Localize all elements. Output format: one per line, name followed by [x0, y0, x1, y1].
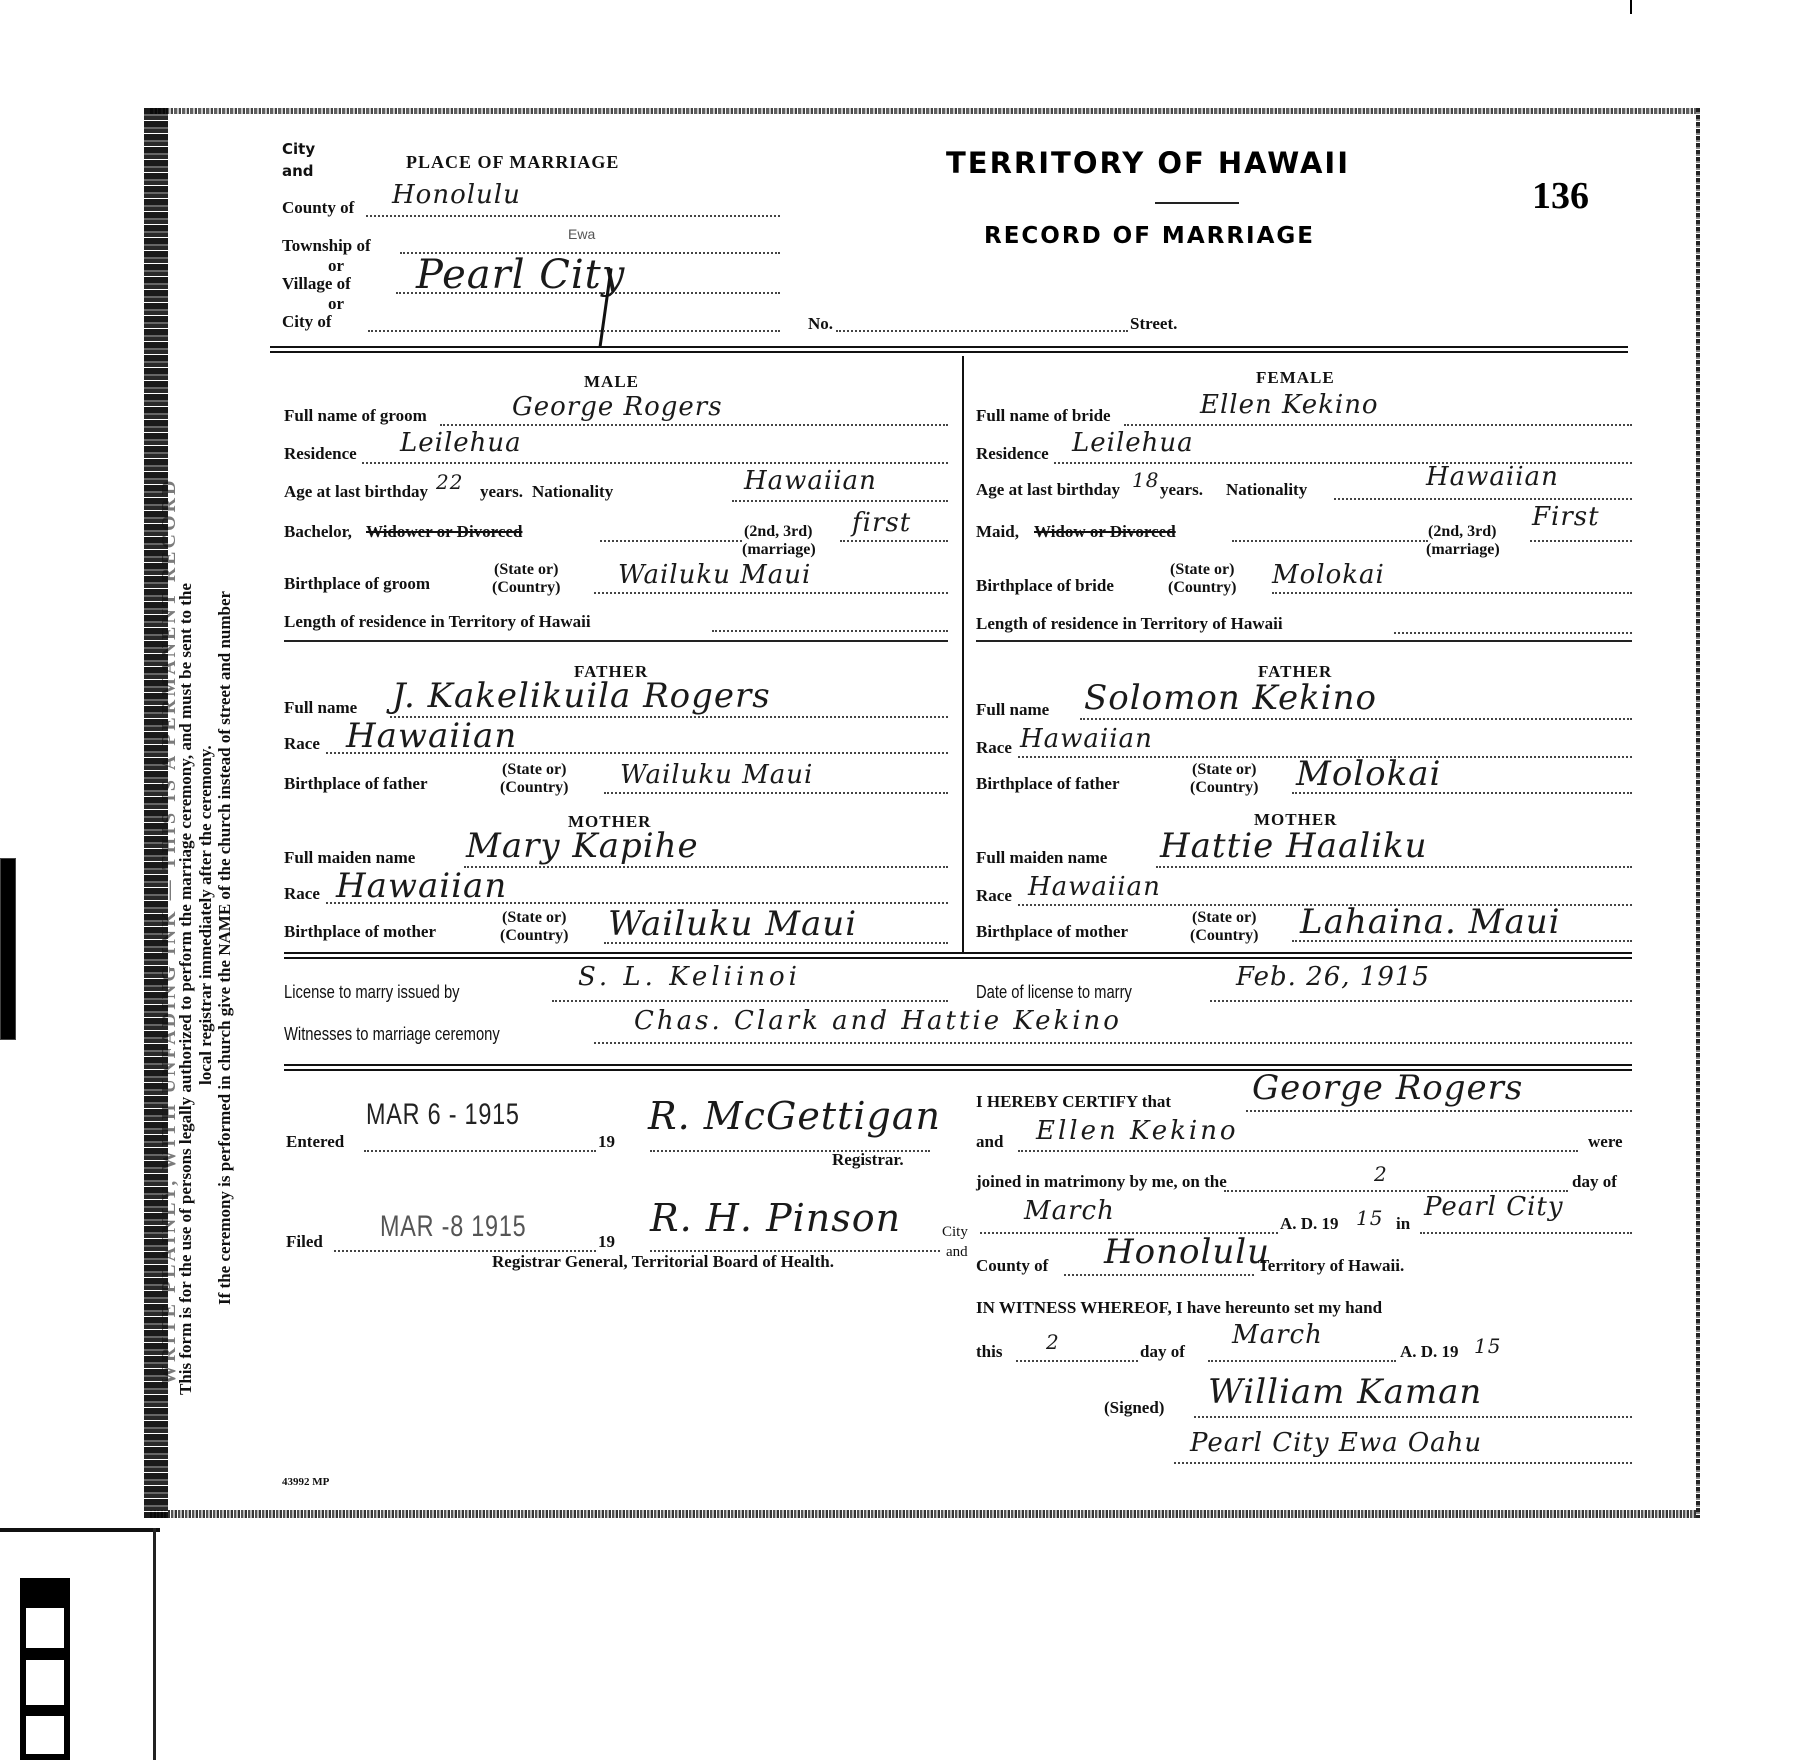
township-label: Township of — [282, 236, 371, 256]
column-divider — [962, 356, 964, 954]
certify-territory-label: Territory of Hawaii. — [1258, 1256, 1404, 1276]
bride-state-or: (State or) — [1170, 562, 1234, 578]
bride-father-state-or: (State or) — [1192, 762, 1256, 778]
parents-divider — [284, 952, 1632, 959]
bride-mother-birthplace-label: Birthplace of mother — [976, 922, 1128, 942]
groom-father-name-label: Full name — [284, 698, 357, 718]
filed-year-prefix: 19 — [598, 1232, 615, 1252]
groom-mother-birthplace-label: Birthplace of mother — [284, 922, 436, 942]
entered-label: Entered — [286, 1132, 344, 1152]
license-issued-by-label: License to marry issued by — [284, 982, 460, 1003]
license-date-line — [1210, 1000, 1632, 1002]
groom-father-name-value: J. Kakelikuila Rogers — [392, 676, 771, 716]
groom-marriage-num-line — [840, 540, 948, 542]
certify-county-line — [1064, 1274, 1254, 1276]
officiant-address: Pearl City Ewa Oahu — [1190, 1428, 1482, 1458]
entered-line — [364, 1150, 596, 1152]
groom-age-label: Age at last birthday — [284, 482, 428, 502]
groom-length-label: Length of residence in Territory of Hawa… — [284, 612, 591, 632]
margin-instruction-line-1: This form is for the use of persons lega… — [176, 583, 196, 1395]
bride-father-name-value: Solomon Kekino — [1084, 678, 1377, 718]
city-line — [368, 330, 780, 332]
groom-mother-country: (Country) — [500, 928, 568, 944]
bride-father-name-line — [1080, 718, 1632, 720]
village-label: Village of — [282, 274, 351, 294]
bride-father-race-label: Race — [976, 738, 1012, 758]
license-issued-by-line — [552, 1000, 948, 1002]
title-divider — [1155, 202, 1239, 204]
street-no-line — [836, 330, 1128, 332]
groom-marriage-num-label-2: (marriage) — [742, 542, 816, 558]
registrar-signature: R. McGettigan — [648, 1094, 941, 1138]
bride-mother-race-value: Hawaiian — [1028, 872, 1161, 902]
bride-mother-country: (Country) — [1190, 928, 1258, 944]
groom-residence-label: Residence — [284, 444, 357, 464]
registrar-general-label: Registrar General, Territorial Board of … — [492, 1252, 834, 1272]
street-no-label: No. — [808, 314, 833, 334]
groom-birthplace-value: Wailuku Maui — [618, 560, 811, 590]
bride-status-label: Maid, — [976, 522, 1019, 542]
witnesses-label: Witnesses to marriage ceremony — [284, 1024, 500, 1045]
registrar-general-signature: R. H. Pinson — [650, 1196, 901, 1240]
bride-father-country: (Country) — [1190, 780, 1258, 796]
certify-groom-value: George Rogers — [1252, 1068, 1523, 1108]
township-stamp: Ewa — [568, 226, 595, 242]
bride-age-value: 18 — [1132, 468, 1159, 492]
bride-nationality-label: Nationality — [1226, 480, 1307, 500]
document-subtitle: RECORD OF MARRIAGE — [984, 223, 1315, 249]
county-line — [366, 215, 780, 217]
bride-marriage-num-label-2: (marriage) — [1426, 542, 1500, 558]
bride-status-line — [1232, 540, 1428, 542]
groom-mother-name-label: Full maiden name — [284, 848, 415, 868]
groom-residence-value: Leilehua — [400, 428, 522, 458]
groom-birthplace-line — [594, 592, 948, 594]
bride-residence-value: Leilehua — [1072, 428, 1194, 458]
groom-name-line — [440, 424, 948, 426]
groom-mother-name-value: Mary Kapihe — [466, 826, 699, 866]
groom-nationality-label: Nationality — [532, 482, 613, 502]
bride-nationality-line — [1334, 498, 1632, 500]
groom-nationality-line — [732, 500, 948, 502]
form-border-bottom — [150, 1510, 1698, 1518]
bride-marriage-num-line — [1530, 540, 1632, 542]
witness-day-of-label: day of — [1140, 1342, 1185, 1362]
groom-status-struck: Widower or Divorced — [366, 522, 522, 542]
registrar-label: Registrar. — [832, 1150, 904, 1170]
bride-marriage-num-label-1: (2nd, 3rd) — [1428, 524, 1496, 540]
form-border-right — [1696, 108, 1700, 1518]
certify-day-value: 2 — [1374, 1162, 1388, 1186]
or-label-2: or — [328, 294, 344, 314]
groom-country: (Country) — [492, 580, 560, 596]
bride-birthplace-line — [1272, 592, 1632, 594]
groom-father-country: (Country) — [500, 780, 568, 796]
witnesses-line — [594, 1042, 1632, 1044]
volume-stamp — [20, 1578, 70, 1760]
county-value: Honolulu — [392, 180, 521, 210]
bride-mother-name-line — [1156, 866, 1632, 868]
groom-state-or: (State or) — [494, 562, 558, 578]
margin-instruction-line-2: local registrar immediately after the ce… — [196, 745, 216, 1085]
place-of-marriage-heading: PLACE OF MARRIAGE — [406, 152, 619, 173]
witness-month-value: March — [1232, 1320, 1323, 1350]
entered-date-stamp: MAR 6 - 1915 — [366, 1098, 520, 1132]
witness-ad-label: A. D. 19 — [1400, 1342, 1459, 1362]
form-border-top — [150, 108, 1698, 114]
bride-length-label: Length of residence in Territory of Hawa… — [976, 614, 1283, 634]
officiant-signature-line — [1194, 1416, 1632, 1418]
county-label: County of — [282, 198, 354, 218]
groom-status-line — [600, 540, 742, 542]
bride-birthplace-value: Molokai — [1272, 560, 1385, 590]
margin-and-label: and — [946, 1244, 968, 1261]
license-date-value: Feb. 26, 1915 — [1236, 962, 1430, 992]
bride-mother-name-label: Full maiden name — [976, 848, 1107, 868]
witness-day-value: 2 — [1046, 1330, 1060, 1354]
bride-nationality-value: Hawaiian — [1426, 462, 1559, 492]
village-value: Pearl City — [416, 252, 625, 298]
certify-were-label: were — [1588, 1132, 1623, 1152]
or-label-1: or — [328, 256, 344, 276]
bride-mother-race-label: Race — [976, 886, 1012, 906]
groom-father-birthplace-label: Birthplace of father — [284, 774, 428, 794]
bride-father-birthplace-value: Molokai — [1296, 754, 1441, 794]
groom-mother-race-value: Hawaiian — [336, 866, 507, 906]
certify-month-value: March — [1024, 1196, 1115, 1226]
male-section-divider — [284, 640, 948, 642]
bride-name-line — [1124, 424, 1632, 426]
license-date-label: Date of license to marry — [976, 982, 1132, 1003]
document-title: TERRITORY OF HAWAII — [946, 146, 1350, 180]
bride-status-struck: Widow or Divorced — [1034, 522, 1176, 542]
female-section-divider — [976, 640, 1632, 642]
certify-and-label: and — [976, 1132, 1003, 1152]
groom-residence-line — [362, 462, 948, 464]
groom-length-line — [712, 630, 948, 632]
groom-name-value: George Rogers — [512, 392, 723, 422]
bride-father-race-value: Hawaiian — [1020, 724, 1153, 754]
bride-mother-state-or: (State or) — [1192, 910, 1256, 926]
groom-nationality-value: Hawaiian — [744, 466, 877, 496]
bride-mother-birthplace-value: Lahaina. Maui — [1300, 902, 1561, 942]
certify-county-value: Honolulu — [1104, 1232, 1270, 1272]
signed-label: (Signed) — [1104, 1398, 1164, 1418]
certify-place-line — [1420, 1232, 1632, 1234]
certify-joined-label: joined in matrimony by me, on the — [976, 1172, 1227, 1192]
officiant-signature: William Kaman — [1208, 1372, 1482, 1412]
filed-date-stamp: MAR -8 1915 — [380, 1210, 526, 1244]
bride-years-label: years. — [1160, 480, 1203, 500]
header-divider — [270, 346, 1628, 353]
license-issued-by-value: S. L. Keliinoi — [578, 962, 801, 992]
male-heading: MALE — [584, 372, 639, 392]
city-label: City of — [282, 312, 332, 332]
entered-year-prefix: 19 — [598, 1132, 615, 1152]
officiant-address-line — [1174, 1462, 1632, 1464]
bride-name-value: Ellen Kekino — [1200, 390, 1379, 420]
filed-label: Filed — [286, 1232, 323, 1252]
witness-this-label: this — [976, 1342, 1002, 1362]
scan-edge-mark — [1630, 0, 1632, 14]
bride-name-label: Full name of bride — [976, 406, 1111, 426]
bride-birthplace-label: Birthplace of bride — [976, 576, 1114, 596]
witness-month-line — [1208, 1360, 1396, 1362]
city-and-label-2: and — [282, 162, 314, 180]
city-and-label-1: City — [282, 140, 315, 158]
certify-bride-value: Ellen Kekino — [1036, 1116, 1239, 1146]
certify-label: I HEREBY CERTIFY that — [976, 1092, 1171, 1112]
groom-father-state-or: (State or) — [502, 762, 566, 778]
groom-father-birthplace-value: Wailuku Maui — [620, 760, 813, 790]
margin-city-label: City — [942, 1224, 968, 1241]
certify-ad-label: A. D. 19 — [1280, 1214, 1339, 1234]
female-heading: FEMALE — [1256, 368, 1335, 388]
groom-father-race-label: Race — [284, 734, 320, 754]
bride-age-label: Age at last birthday — [976, 480, 1120, 500]
page-edge-line-vertical — [153, 1528, 156, 1760]
groom-mother-state-or: (State or) — [502, 910, 566, 926]
groom-father-birthplace-line — [604, 792, 948, 794]
bride-length-line — [1394, 632, 1632, 634]
groom-years-label: years. — [480, 482, 523, 502]
groom-status-label: Bachelor, — [284, 522, 352, 542]
groom-mother-race-label: Race — [284, 884, 320, 904]
bride-father-birthplace-label: Birthplace of father — [976, 774, 1120, 794]
record-number: 136 — [1532, 174, 1589, 218]
witnesses-value: Chas. Clark and Hattie Kekino — [634, 1006, 1122, 1036]
groom-age-value: 22 — [436, 470, 463, 494]
form-code: 43992 MP — [282, 1476, 329, 1488]
bride-father-name-label: Full name — [976, 700, 1049, 720]
bride-country: (Country) — [1168, 580, 1236, 596]
certify-county-label: County of — [976, 1256, 1048, 1276]
groom-mother-name-line — [464, 866, 948, 868]
page-edge-line — [0, 1528, 160, 1532]
certify-groom-line — [1246, 1110, 1632, 1112]
bride-marriage-num-value: First — [1532, 502, 1600, 532]
groom-birthplace-label: Birthplace of groom — [284, 574, 430, 594]
bride-residence-label: Residence — [976, 444, 1049, 464]
groom-father-race-value: Hawaiian — [346, 716, 517, 756]
certify-year-value: 15 — [1356, 1206, 1383, 1230]
certify-bride-line — [1018, 1150, 1578, 1152]
certify-in-label: in — [1396, 1214, 1410, 1234]
margin-instruction-line-3: If the ceremony is performed in church g… — [215, 591, 235, 1305]
witness-whereof-label: IN WITNESS WHEREOF, I have hereunto set … — [976, 1298, 1382, 1318]
binder-tab — [0, 858, 16, 1040]
groom-marriage-num-value: first — [852, 508, 911, 538]
witness-year-value: 15 — [1474, 1334, 1501, 1358]
certify-place-value: Pearl City — [1424, 1192, 1564, 1222]
witness-day-line — [1016, 1360, 1138, 1362]
bride-mother-name-value: Hattie Haaliku — [1160, 826, 1428, 866]
groom-mother-birthplace-value: Wailuku Maui — [608, 904, 857, 944]
groom-name-label: Full name of groom — [284, 406, 427, 426]
certify-day-of-label: day of — [1572, 1172, 1617, 1192]
street-label: Street. — [1130, 314, 1177, 334]
groom-marriage-num-label-1: (2nd, 3rd) — [744, 524, 812, 540]
